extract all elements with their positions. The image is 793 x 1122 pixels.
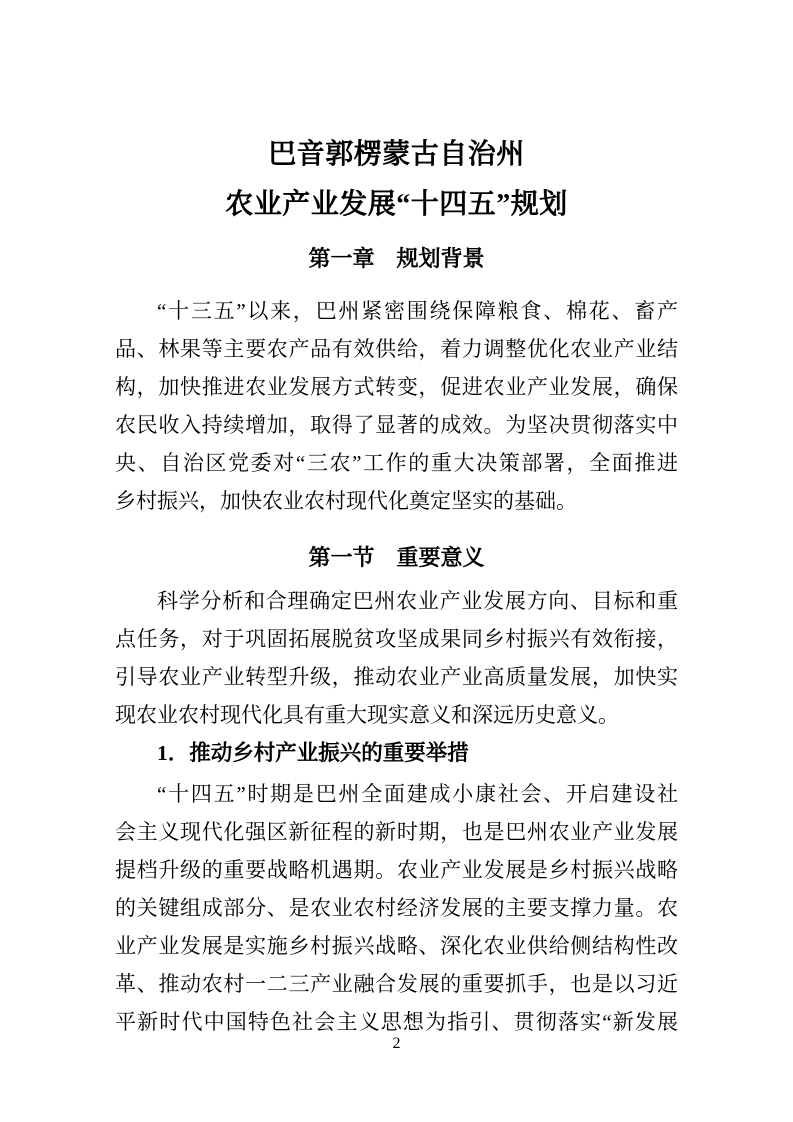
body-line: 会主义现代化强区新征程的新时期，也是巴州农业产业发展 <box>115 813 678 851</box>
body-line: 的关键组成部分、是农业农村经济发展的主要支撑力量。农 <box>115 889 678 927</box>
section-lead-paragraph: 科学分析和合理确定巴州农业产业发展方向、目标和重 点任务，对于巩固拓展脱贫攻坚成… <box>115 582 678 734</box>
document-title: 巴音郭楞蒙古自治州 农业产业发展“十四五”规划 <box>115 130 678 230</box>
body-line: 引导农业产业转型升级，推动农业产业高质量发展，加快实 <box>115 658 678 696</box>
document-title-line-2: 农业产业发展“十四五”规划 <box>115 180 678 230</box>
body-line: 点任务，对于巩固拓展脱贫攻坚成果同乡村振兴有效衔接， <box>115 620 678 658</box>
body-line: 业产业发展是实施乡村振兴战略、深化农业供给侧结构性改 <box>115 927 678 965</box>
body-line: 提档升级的重要战略机遇期。农业产业发展是乡村振兴战略 <box>115 851 678 889</box>
body-line: 现农业农村现代化具有重大现实意义和深远历史意义。 <box>115 696 678 734</box>
intro-paragraph: “十三五”以来，巴州紧密围绕保障粮食、棉花、畜产 品、林果等主要农产品有效供给，… <box>115 292 678 520</box>
body-line: 农民收入持续增加，取得了显著的成效。为坚决贯彻落实中 <box>115 406 678 444</box>
subsection-paragraph: “十四五”时期是巴州全面建成小康社会、开启建设社 会主义现代化强区新征程的新时期… <box>115 775 678 1041</box>
chapter-heading: 第一章 规划背景 <box>115 244 678 274</box>
body-line: “十四五”时期是巴州全面建成小康社会、开启建设社 <box>115 775 678 813</box>
subsection-heading: 1．推动乡村产业振兴的重要举措 <box>115 734 678 772</box>
body-line: 革、推动农村一二三产业融合发展的重要抓手，也是以习近 <box>115 965 678 1003</box>
document-title-line-1: 巴音郭楞蒙古自治州 <box>115 130 678 180</box>
document-page: 巴音郭楞蒙古自治州 农业产业发展“十四五”规划 第一章 规划背景 “十三五”以来… <box>0 0 793 1122</box>
page-number: 2 <box>0 1034 793 1054</box>
body-line: 央、自治区党委对“三农”工作的重大决策部署，全面推进 <box>115 444 678 482</box>
body-line: 科学分析和合理确定巴州农业产业发展方向、目标和重 <box>115 582 678 620</box>
body-line: 品、林果等主要农产品有效供给，着力调整优化农业产业结 <box>115 330 678 368</box>
body-line: 构，加快推进农业发展方式转变，促进农业产业发展，确保 <box>115 368 678 406</box>
body-line: 乡村振兴，加快农业农村现代化奠定坚实的基础。 <box>115 482 678 520</box>
body-line: “十三五”以来，巴州紧密围绕保障粮食、棉花、畜产 <box>115 292 678 330</box>
section-heading: 第一节 重要意义 <box>115 542 678 574</box>
document-content: 巴音郭楞蒙古自治州 农业产业发展“十四五”规划 第一章 规划背景 “十三五”以来… <box>0 130 793 1041</box>
